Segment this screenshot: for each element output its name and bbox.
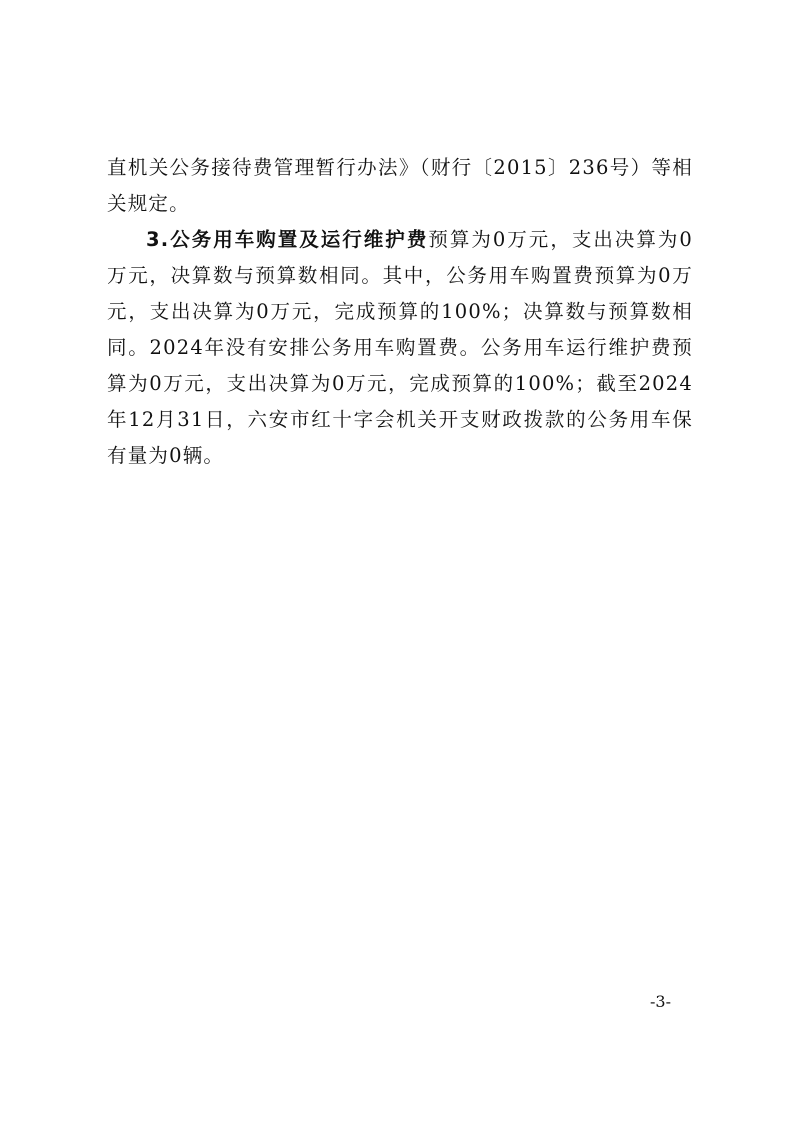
- paragraph-reception-regulation-tail: 直机关公务接待费管理暂行办法》（财行〔2015〕236号）等相关规定。: [107, 150, 693, 222]
- paragraph-text: 预算为0万元，支出决算为0万元，决算数与预算数相同。其中，公务用车购置费预算为0…: [107, 228, 693, 467]
- paragraph-text: 直机关公务接待费管理暂行办法》（财行〔2015〕236号）等相关规定。: [107, 156, 693, 215]
- document-page: 直机关公务接待费管理暂行办法》（财行〔2015〕236号）等相关规定。 3.公务…: [0, 0, 793, 1122]
- paragraph-vehicle-expenses: 3.公务用车购置及运行维护费预算为0万元，支出决算为0万元，决算数与预算数相同。…: [107, 222, 693, 474]
- section-heading-vehicle-expenses: 3.公务用车购置及运行维护费: [146, 228, 428, 251]
- page-number: -3-: [650, 992, 671, 1011]
- body-text: 直机关公务接待费管理暂行办法》（财行〔2015〕236号）等相关规定。 3.公务…: [107, 150, 693, 474]
